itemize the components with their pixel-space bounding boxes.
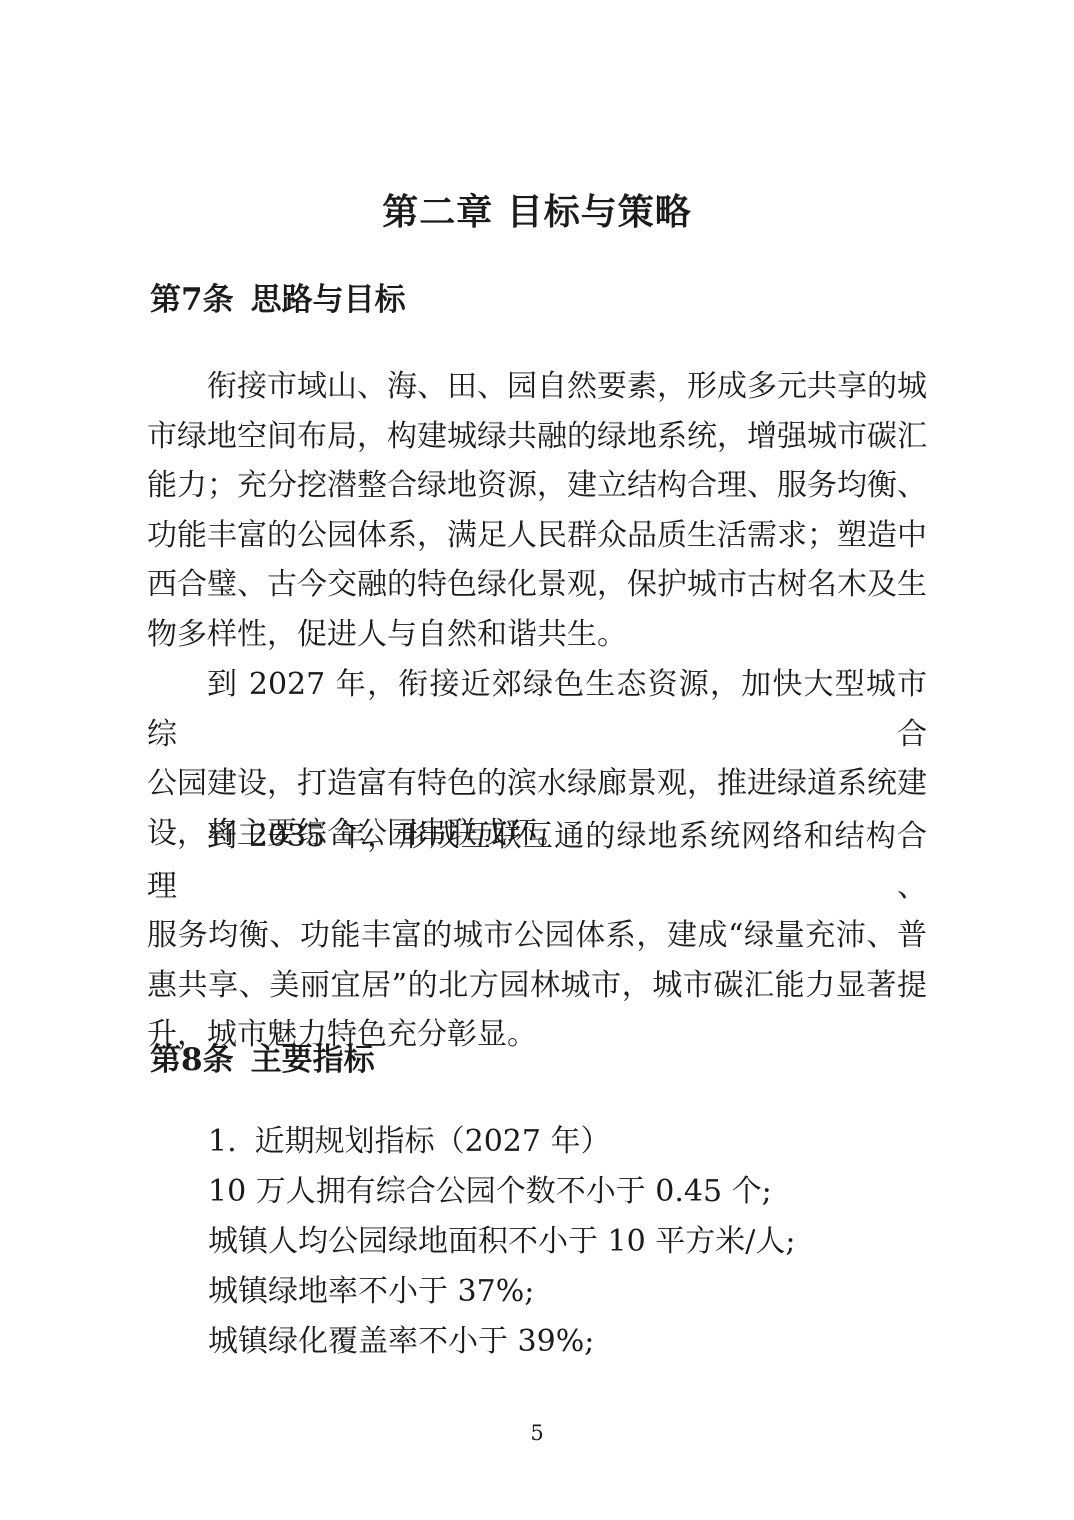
text-line: 西合璧、古今交融的特色绿化景观，保护城市古树名木及生 (147, 560, 927, 610)
indicator-line: 城镇绿地率不小于 37%; (147, 1267, 927, 1317)
text-line: 到 2027 年，衔接近郊绿色生态资源，加快大型城市综合 (147, 660, 927, 759)
text-line: 能力；充分挖潜整合绿地资源，建立结构合理、服务均衡、 (147, 461, 927, 511)
article-7-number: 第7条 (150, 282, 234, 318)
indicator-line: 10 万人拥有综合公园个数不小于 0.45 个; (147, 1167, 927, 1217)
article-8-number: 第8条 (150, 1042, 234, 1078)
indicator-line: 城镇绿化覆盖率不小于 39%; (147, 1317, 927, 1367)
page-number: 5 (0, 1420, 1074, 1446)
text-line: 市绿地空间布局，构建城绿共融的绿地系统，增强城市碳汇 (147, 412, 927, 462)
paragraph-1: 衔接市域山、海、田、园自然要素，形成多元共享的城 市绿地空间布局，构建城绿共融的… (147, 362, 927, 659)
document-page: 第二章 目标与策略 第7条思路与目标 衔接市域山、海、田、园自然要素，形成多元共… (0, 0, 1074, 1520)
article-7-title: 思路与目标 (251, 282, 406, 318)
article-7-heading: 第7条思路与目标 (150, 280, 930, 320)
list-item-title: 近期规划指标（2027 年） (255, 1124, 611, 1159)
paragraph-3: 到 2035 年，形成互联互通的绿地系统网络和结构合理、 服务均衡、功能丰富的城… (147, 812, 927, 1060)
text-line: 惠共享、美丽宜居”的北方园林城市，城市碳汇能力显著提 (147, 961, 927, 1011)
list-item-heading: 1.近期规划指标（2027 年） (147, 1117, 927, 1167)
chapter-title: 第二章 目标与策略 (0, 190, 1074, 236)
text-line: 到 2035 年，形成互联互通的绿地系统网络和结构合理、 (147, 812, 927, 911)
article-8-title: 主要指标 (251, 1042, 375, 1078)
text-line: 服务均衡、功能丰富的城市公园体系，建成“绿量充沛、普 (147, 911, 927, 961)
text-line: 物多样性，促进人与自然和谐共生。 (147, 610, 927, 660)
text-line: 衔接市域山、海、田、园自然要素，形成多元共享的城 (147, 362, 927, 412)
text-line: 功能丰富的公园体系，满足人民群众品质生活需求；塑造中 (147, 511, 927, 561)
indicator-list: 1.近期规划指标（2027 年） 10 万人拥有综合公园个数不小于 0.45 个… (147, 1117, 927, 1367)
article-8-heading: 第8条主要指标 (150, 1040, 930, 1080)
list-item-number: 1. (208, 1124, 237, 1159)
text-line: 公园建设，打造富有特色的滨水绿廊景观，推进绿道系统建 (147, 759, 927, 809)
indicator-line: 城镇人均公园绿地面积不小于 10 平方米/人; (147, 1217, 927, 1267)
